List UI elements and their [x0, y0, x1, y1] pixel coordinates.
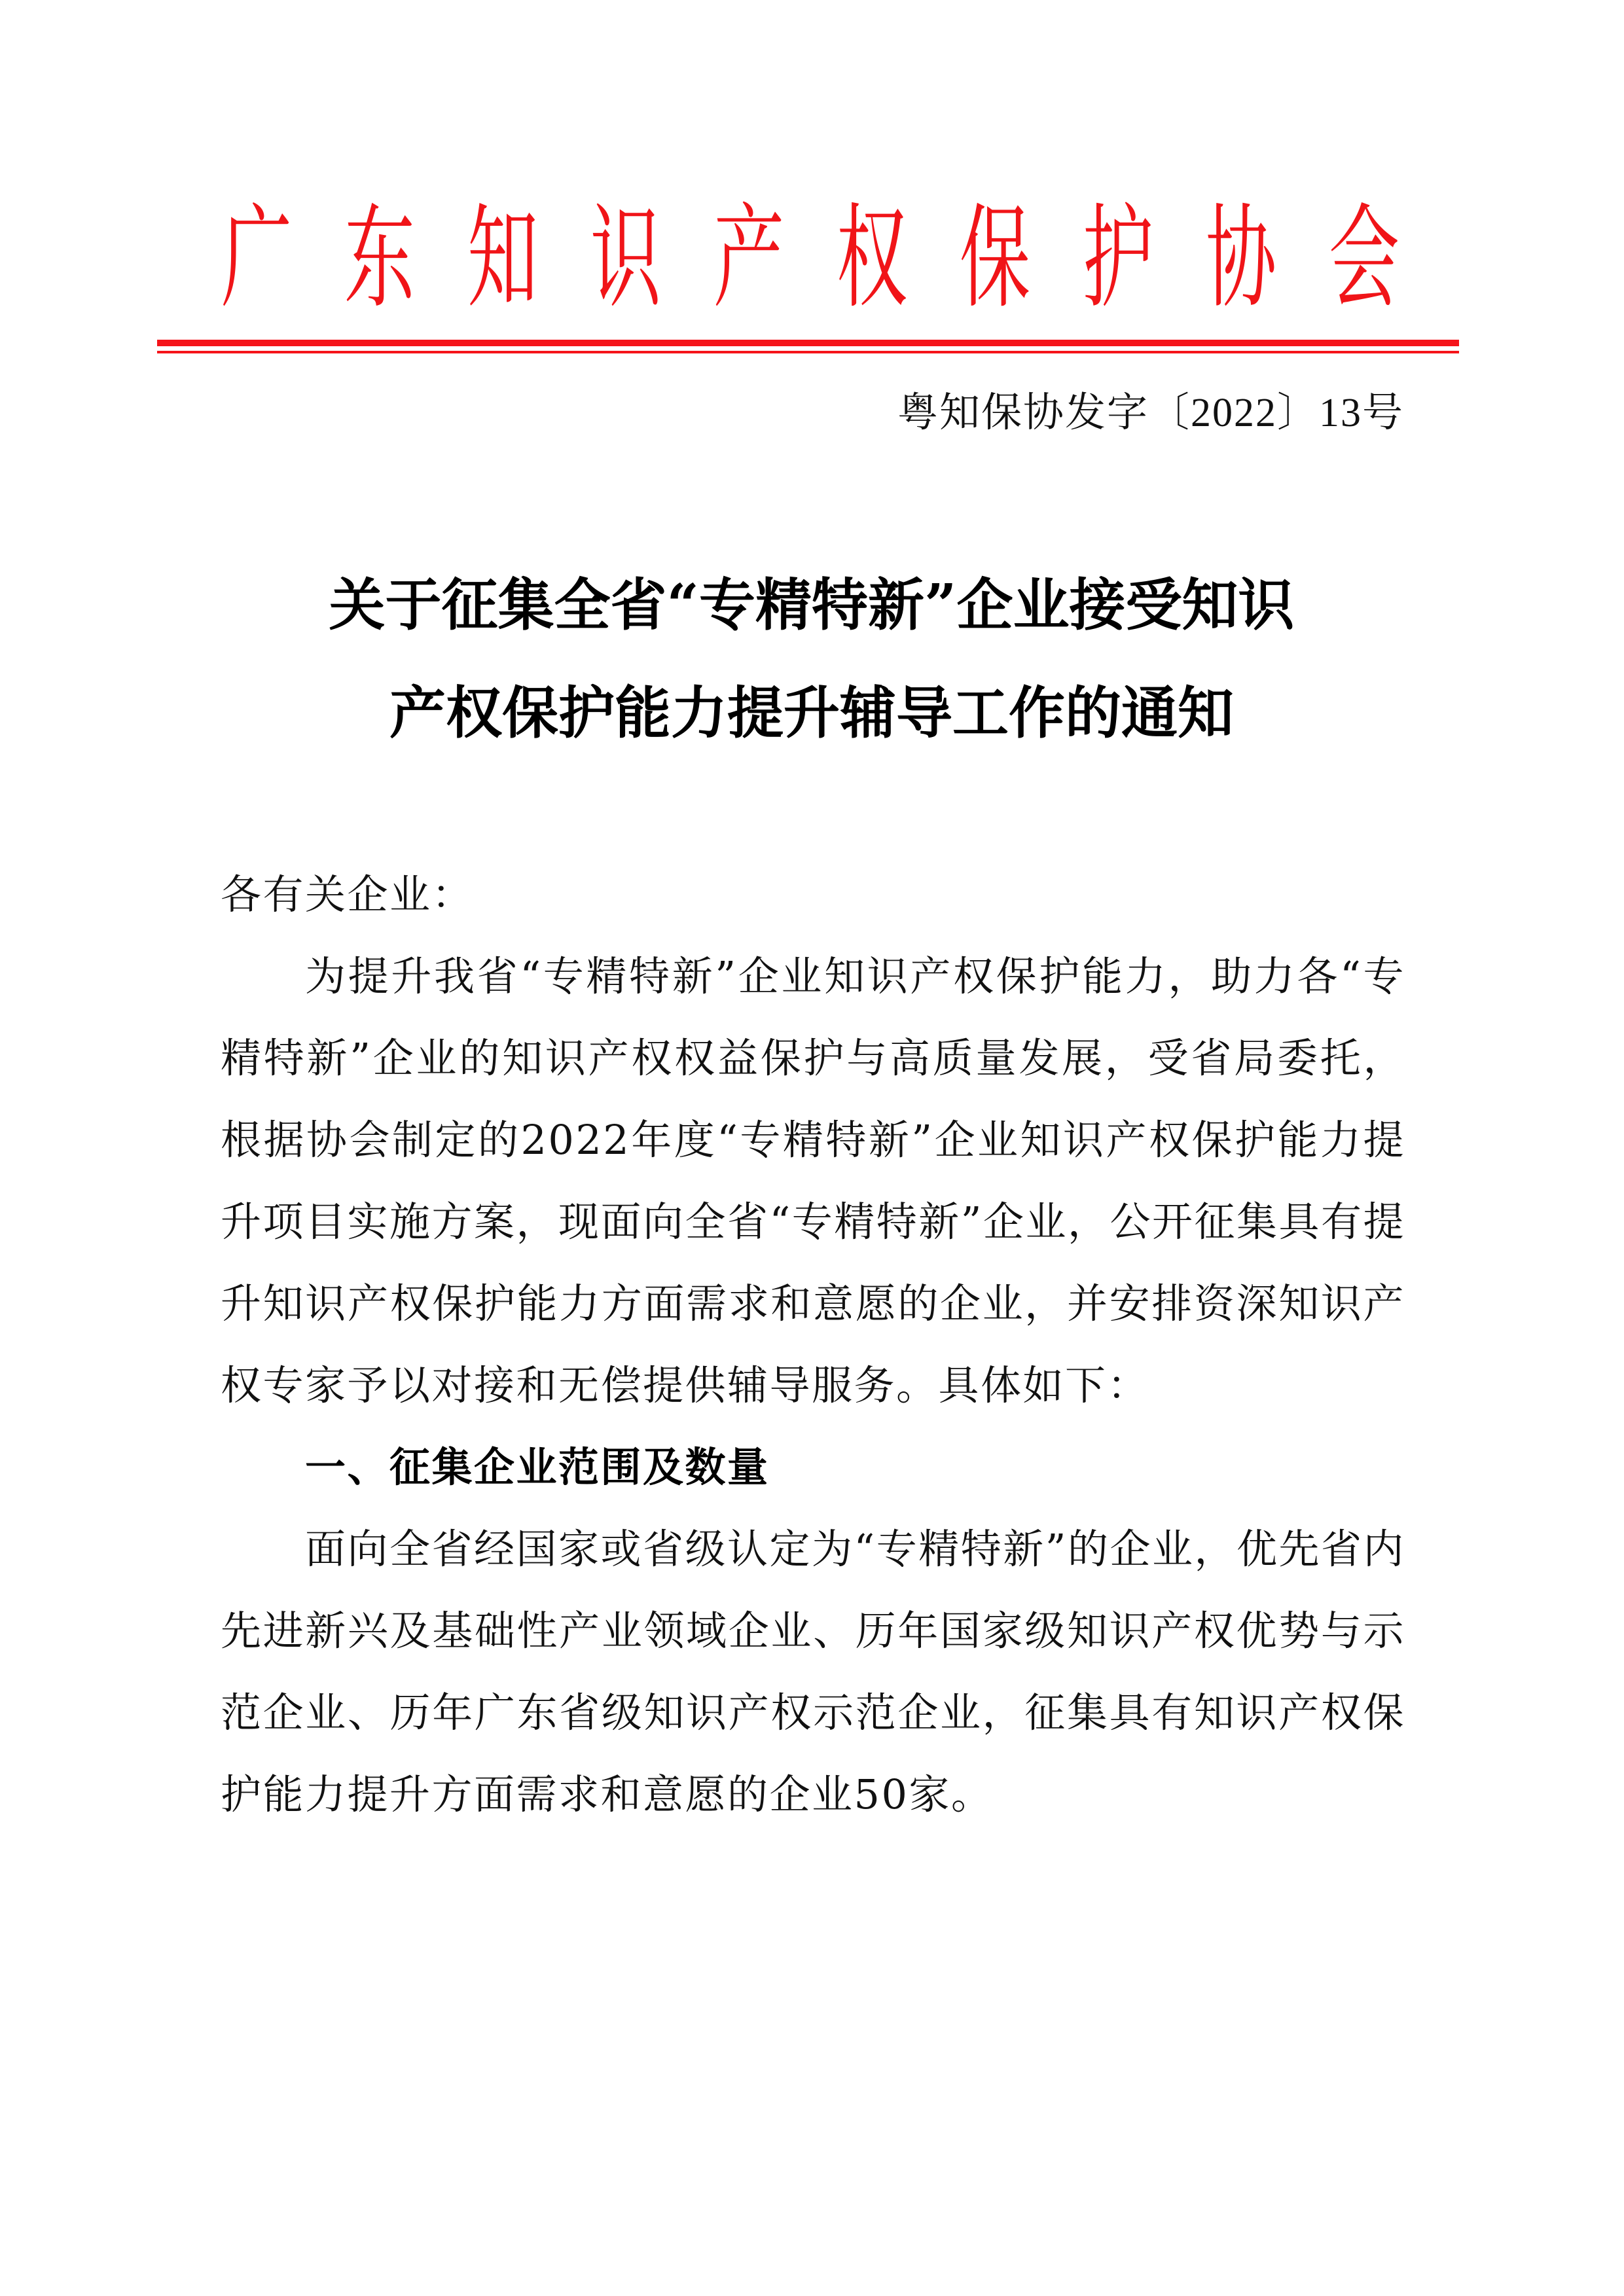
letterhead-org-name: 广 东 知 识 产 权 保 护 协 会	[157, 190, 1460, 327]
document-page: 广 东 知 识 产 权 保 护 协 会 粤知保协发字〔2022〕13号 关于征集…	[0, 0, 1624, 2296]
title-line-2: 产权保护能力提升辅导工作的通知	[196, 659, 1427, 767]
intro-paragraph: 为提升我省“专精特新”企业知识产权保护能力，助力各“专精特新”企业的知识产权权益…	[221, 935, 1405, 1426]
letterhead-char: 知	[467, 202, 538, 315]
letterhead-char: 协	[1206, 202, 1276, 315]
letterhead-char: 护	[1083, 202, 1153, 315]
letterhead-char: 东	[344, 202, 415, 315]
title-line-1: 关于征集全省“专精特新”企业接受知识	[196, 551, 1427, 659]
document-body: 各有关企业： 为提升我省“专精特新”企业知识产权保护能力，助力各“专精特新”企业…	[221, 853, 1405, 1835]
letterhead-char: 产	[713, 202, 784, 315]
salutation: 各有关企业：	[221, 853, 1405, 935]
letterhead-divider-thin	[157, 351, 1459, 353]
document-number: 粤知保协发字〔2022〕13号	[897, 384, 1404, 442]
section-1-paragraph: 面向全省经国家或省级认定为“专精特新”的企业，优先省内先进新兴及基础性产业领域企…	[221, 1508, 1405, 1835]
letterhead-divider-thick	[157, 340, 1459, 346]
letterhead-char: 会	[1329, 202, 1399, 315]
letterhead-char: 识	[590, 202, 661, 315]
letterhead-char: 保	[960, 202, 1030, 315]
document-title: 关于征集全省“专精特新”企业接受知识 产权保护能力提升辅导工作的通知	[196, 551, 1427, 767]
section-1-heading: 一、征集企业范围及数量	[221, 1426, 1405, 1508]
letterhead-char: 广	[221, 202, 292, 315]
letterhead-char: 权	[837, 202, 907, 315]
